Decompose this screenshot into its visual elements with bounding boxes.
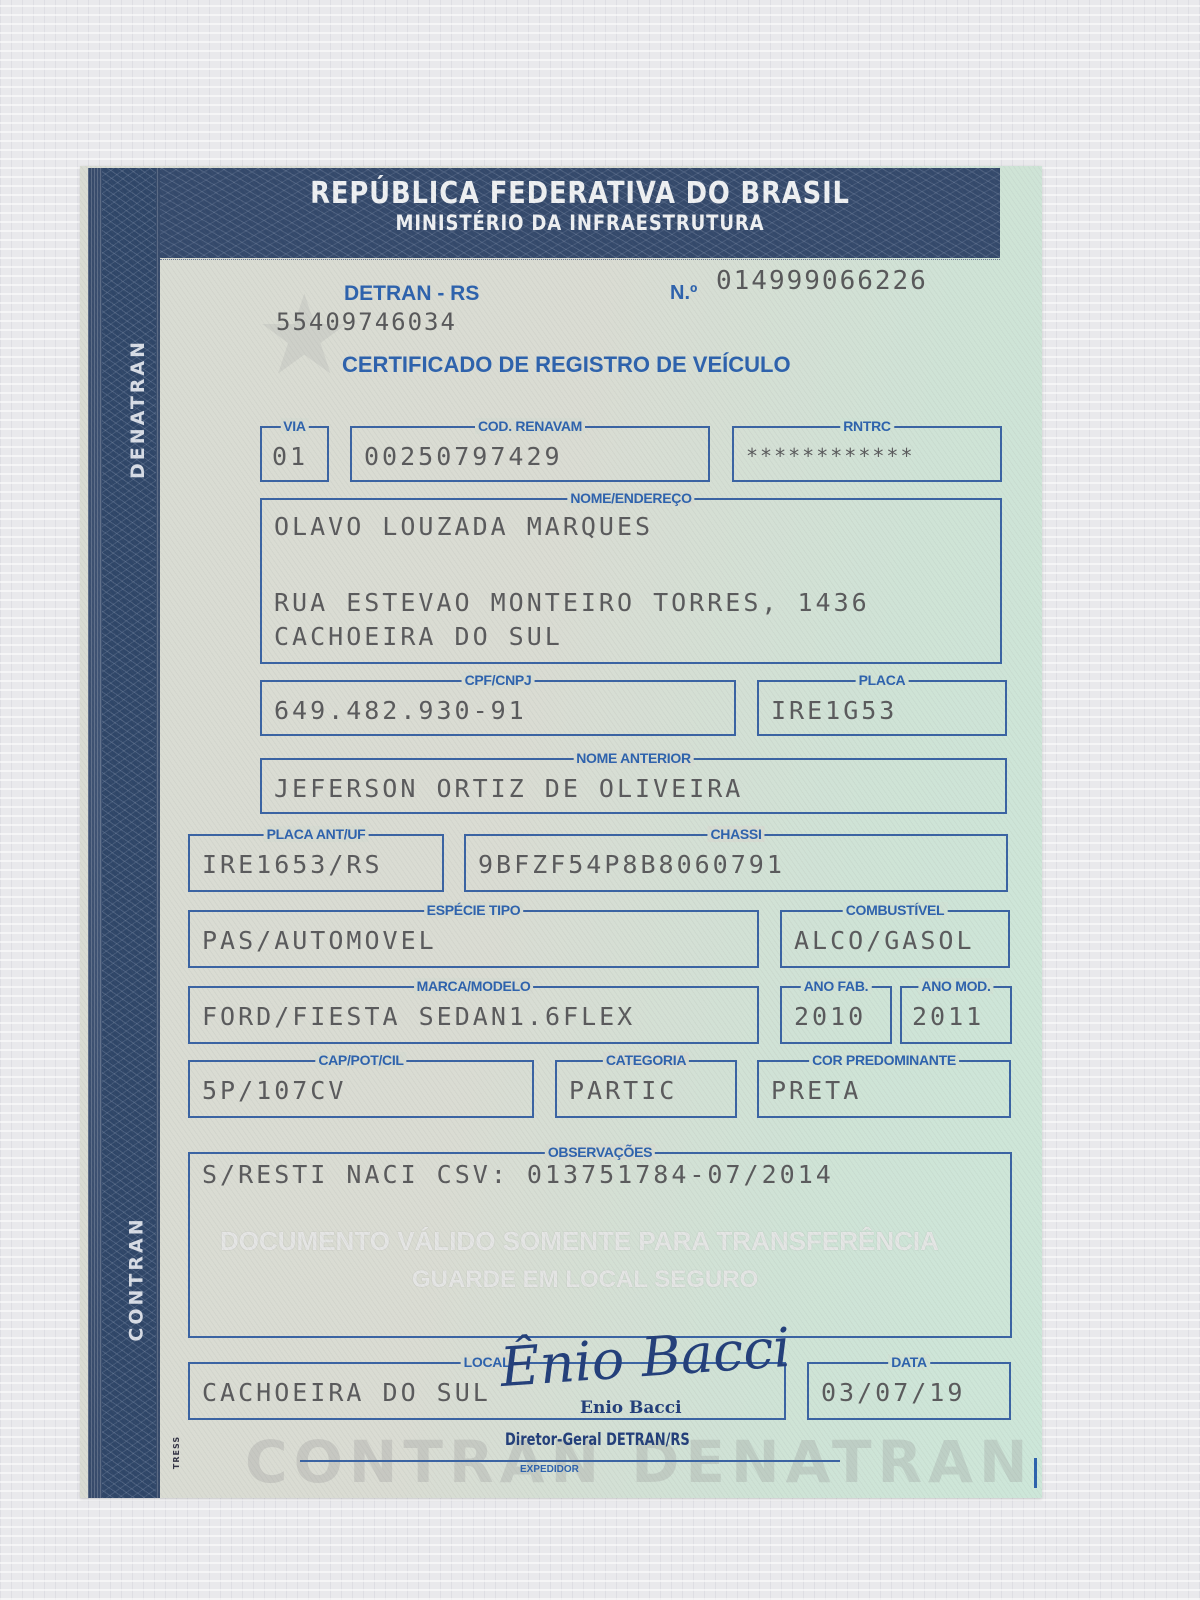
certificate-title: CERTIFICADO DE REGISTRO DE VEÍCULO — [342, 352, 791, 378]
color-label: COR PREDOMINANTE — [809, 1052, 959, 1068]
header-divider — [160, 259, 1000, 260]
observations-label: OBSERVAÇÕES — [545, 1144, 655, 1160]
signature-line — [300, 1460, 840, 1462]
star-watermark-icon: ★ — [255, 281, 354, 391]
make-model-label: MARCA/MODELO — [414, 978, 534, 994]
safekeeping-notice: GUARDE EM LOCAL SEGURO — [412, 1266, 758, 1294]
fuel-field: COMBUSTÍVEL ALCO/GASOL — [780, 910, 1010, 968]
plate-label: PLACA — [856, 672, 909, 688]
edge-mark — [1034, 1458, 1037, 1488]
year-model-value: 2011 — [912, 1002, 984, 1031]
make-model-field: MARCA/MODELO FORD/FIESTA SEDAN1.6FLEX — [188, 986, 759, 1044]
issuer-caption: EXPEDIDOR — [520, 1464, 579, 1475]
renavam-label: COD. RENAVAM — [475, 418, 585, 434]
chassis-label: CHASSI — [707, 826, 764, 842]
chassis-field: CHASSI 9BFZF54P8B8060791 — [464, 834, 1008, 892]
cpf-cnpj-label: CPF/CNPJ — [462, 672, 535, 688]
year-model-field: ANO MOD. 2011 — [900, 986, 1012, 1044]
renavam-field: COD. RENAVAM 00250797429 — [350, 426, 710, 482]
number-label: N.º — [670, 282, 697, 305]
header-title: REPÚBLICA FEDERATIVA DO BRASIL — [219, 176, 941, 211]
category-value: PARTIC — [569, 1076, 677, 1105]
category-label: CATEGORIA — [603, 1052, 689, 1068]
category-field: CATEGORIA PARTIC — [555, 1060, 737, 1118]
species-type-label: ESPÉCIE TIPO — [424, 902, 524, 918]
header-subtitle: MINISTÉRIO DA INFRAESTRUTURA — [219, 211, 941, 235]
capacity-power-label: CAP/POT/CIL — [315, 1052, 406, 1068]
name-address-label: NOME/ENDEREÇO — [567, 490, 694, 506]
issuer-code: 55409746034 — [276, 308, 457, 336]
document-header: REPÚBLICA FEDERATIVA DO BRASIL MINISTÉRI… — [160, 168, 1000, 258]
species-type-value: PAS/AUTOMOVEL — [202, 926, 437, 955]
fuel-value: ALCO/GASOL — [794, 926, 975, 955]
year-manufacture-value: 2010 — [794, 1002, 866, 1031]
date-field: DATA 03/07/19 — [807, 1362, 1011, 1420]
denatran-label: DENATRAN — [127, 339, 149, 479]
species-type-field: ESPÉCIE TIPO PAS/AUTOMOVEL — [188, 910, 759, 968]
owner-name: OLAVO LOUZADA MARQUES — [274, 512, 653, 541]
date-label: DATA — [888, 1354, 930, 1370]
previous-plate-label: PLACA ANT/UF — [264, 826, 369, 842]
capacity-power-value: 5P/107CV — [202, 1076, 346, 1105]
vehicle-registration-certificate: DENATRAN CONTRAN TRESS REPÚBLICA FEDERAT… — [80, 166, 1042, 1498]
owner-city: CACHOEIRA DO SUL — [274, 622, 563, 651]
plate-value: IRE1G53 — [771, 696, 897, 725]
date-value: 03/07/19 — [821, 1378, 965, 1407]
observations-value: S/RESTI NACI CSV: 013751784-07/2014 — [202, 1160, 834, 1189]
chassis-value: 9BFZF54P8B8060791 — [478, 850, 785, 879]
color-value: PRETA — [771, 1076, 861, 1105]
transfer-notice: DOCUMENTO VÁLIDO SOMENTE PARA TRANSFERÊN… — [220, 1226, 939, 1257]
signer-name: Enio Bacci — [580, 1398, 682, 1418]
rntrc-field: RNTRC ************ — [732, 426, 1002, 482]
renavam-value: 00250797429 — [364, 442, 563, 471]
fuel-label: COMBUSTÍVEL — [843, 902, 948, 918]
previous-plate-field: PLACA ANT/UF IRE1653/RS — [188, 834, 444, 892]
year-manufacture-field: ANO FAB. 2010 — [780, 986, 892, 1044]
previous-owner-field: NOME ANTERIOR JEFERSON ORTIZ DE OLIVEIRA — [260, 758, 1007, 814]
plate-field: PLACA IRE1G53 — [757, 680, 1007, 736]
via-value: 01 — [272, 442, 308, 471]
color-field: COR PREDOMINANTE PRETA — [757, 1060, 1011, 1118]
contran-label: CONTRAN — [126, 1216, 148, 1341]
previous-owner-label: NOME ANTERIOR — [573, 750, 694, 766]
issuer: DETRAN - RS — [344, 282, 479, 306]
cpf-cnpj-field: CPF/CNPJ 649.482.930-91 — [260, 680, 736, 736]
rntrc-value: ************ — [746, 444, 915, 468]
cpf-cnpj-value: 649.482.930-91 — [274, 696, 527, 725]
certificate-number: 014999066226 — [716, 266, 928, 296]
owner-address: RUA ESTEVAO MONTEIRO TORRES, 1436 — [274, 588, 870, 617]
place-value: CACHOEIRA DO SUL — [202, 1378, 491, 1407]
previous-owner-value: JEFERSON ORTIZ DE OLIVEIRA — [274, 774, 743, 803]
tress-label: TRESS — [172, 1436, 181, 1469]
name-address-field: NOME/ENDEREÇO OLAVO LOUZADA MARQUES RUA … — [260, 498, 1002, 664]
rntrc-label: RNTRC — [840, 418, 894, 434]
via-field: VIA 01 — [260, 426, 329, 482]
year-manufacture-label: ANO FAB. — [801, 978, 872, 994]
make-model-value: FORD/FIESTA SEDAN1.6FLEX — [202, 1002, 635, 1031]
signer-role: Diretor-Geral DETRAN/RS — [505, 1430, 690, 1450]
year-model-label: ANO MOD. — [918, 978, 993, 994]
capacity-power-field: CAP/POT/CIL 5P/107CV — [188, 1060, 534, 1118]
observations-field: OBSERVAÇÕES S/RESTI NACI CSV: 013751784-… — [188, 1152, 1012, 1338]
via-label: VIA — [280, 418, 308, 434]
previous-plate-value: IRE1653/RS — [202, 850, 383, 879]
left-security-strip: DENATRAN CONTRAN TRESS — [88, 168, 160, 1498]
